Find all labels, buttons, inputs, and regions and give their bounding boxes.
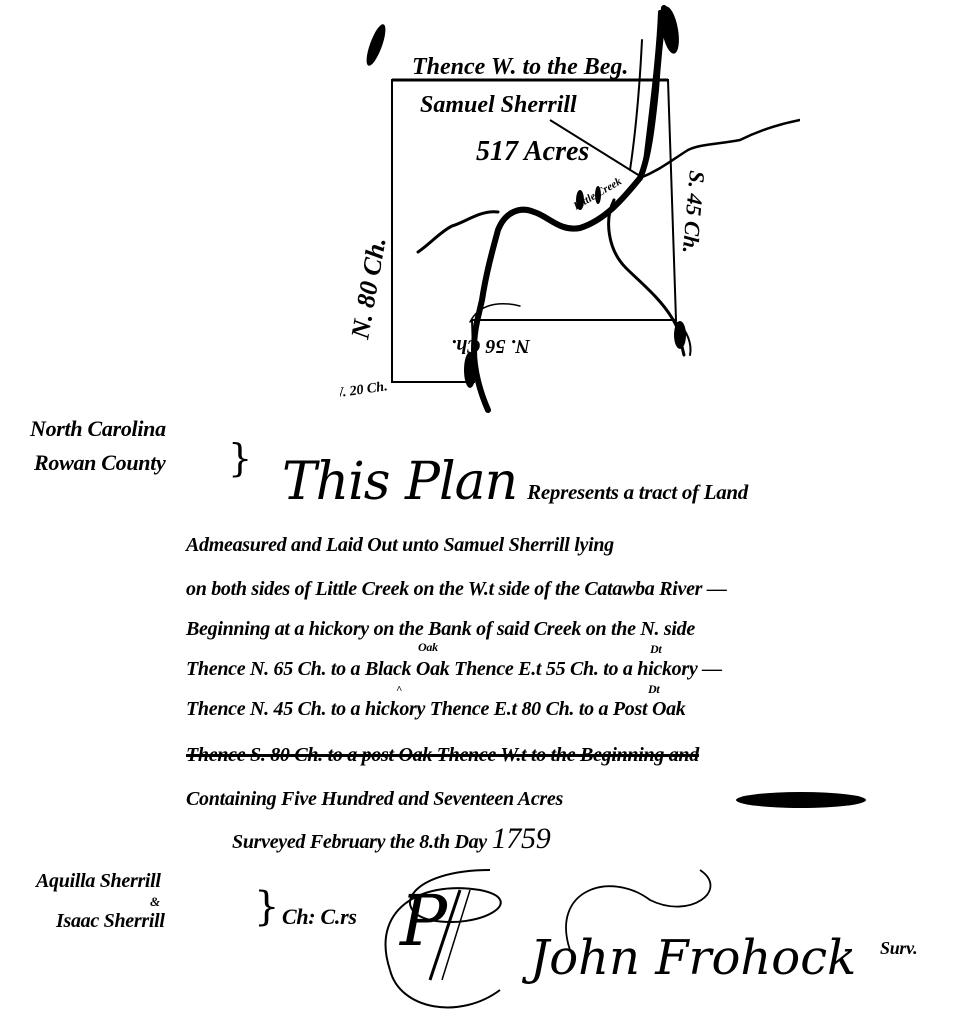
signature-suffix: Surv. xyxy=(880,938,917,959)
plan-heading-rest: Represents a tract of Land xyxy=(527,480,748,504)
body-line-7: Containing Five Hundred and Seventeen Ac… xyxy=(186,788,563,811)
body-line-4: Thence N. 65 Ch. to a Black Oak Thence E… xyxy=(186,658,722,681)
chain-carrier-1: Aquilla Sherrill xyxy=(36,870,161,893)
body-line-6: Thence S. 80 Ch. to a post Oak Thence W.… xyxy=(186,744,699,767)
chain-carriers-brace: } xyxy=(254,884,279,930)
tract-boundary xyxy=(392,80,676,382)
body-line-5: Thence N. 45 Ch. to a hickory Thence E.t… xyxy=(186,698,685,721)
body-line-1: Admeasured and Laid Out unto Samuel Sher… xyxy=(186,534,614,557)
jurisdiction-state: North Carolina xyxy=(30,412,166,446)
jurisdiction-county: Rowan County xyxy=(34,446,166,480)
jurisdiction-block: North Carolina Rowan County xyxy=(30,412,166,480)
body-line-2: on both sides of Little Creek on the W.t… xyxy=(186,578,727,601)
signature-name: John Frohock xyxy=(530,930,856,986)
chain-carrier-ampersand: & xyxy=(150,894,160,910)
interlineation-dt-1: Dt xyxy=(650,642,661,657)
chain-carrier-2: Isaac Sherrill xyxy=(56,910,165,933)
plat-left-call: N. 80 Ch. xyxy=(345,235,392,342)
plat-right-call: S. 45 Ch. xyxy=(678,170,710,255)
plat-acreage: 517 Acres xyxy=(476,136,589,167)
plan-heading: This Plan xyxy=(282,452,517,512)
signature-prefix: P xyxy=(400,880,447,962)
plat-bottom-left-call: W. 20 Ch. xyxy=(340,379,389,402)
interlineation-dt-2: Dt xyxy=(648,682,659,697)
body-line-3: Beginning at a hickory on the Bank of sa… xyxy=(186,618,695,641)
interlineation-oak: Oak xyxy=(418,640,438,655)
interlineation-caret: ^ xyxy=(396,684,402,696)
plan-heading-row: This Plan Represents a tract of Land xyxy=(282,452,748,512)
plat-top-call: Thence W. to the Beg. xyxy=(412,54,628,80)
jurisdiction-brace: } xyxy=(228,436,252,480)
chain-carriers-role: Ch: C.rs xyxy=(282,904,357,930)
plat-bottom-call: N. 56 Ch. xyxy=(451,335,531,357)
survey-plat-map: Thence W. to the Beg. Samuel Sherrill 51… xyxy=(340,0,800,420)
plat-owner-name: Samuel Sherrill xyxy=(420,92,577,118)
ink-blot xyxy=(736,792,866,808)
